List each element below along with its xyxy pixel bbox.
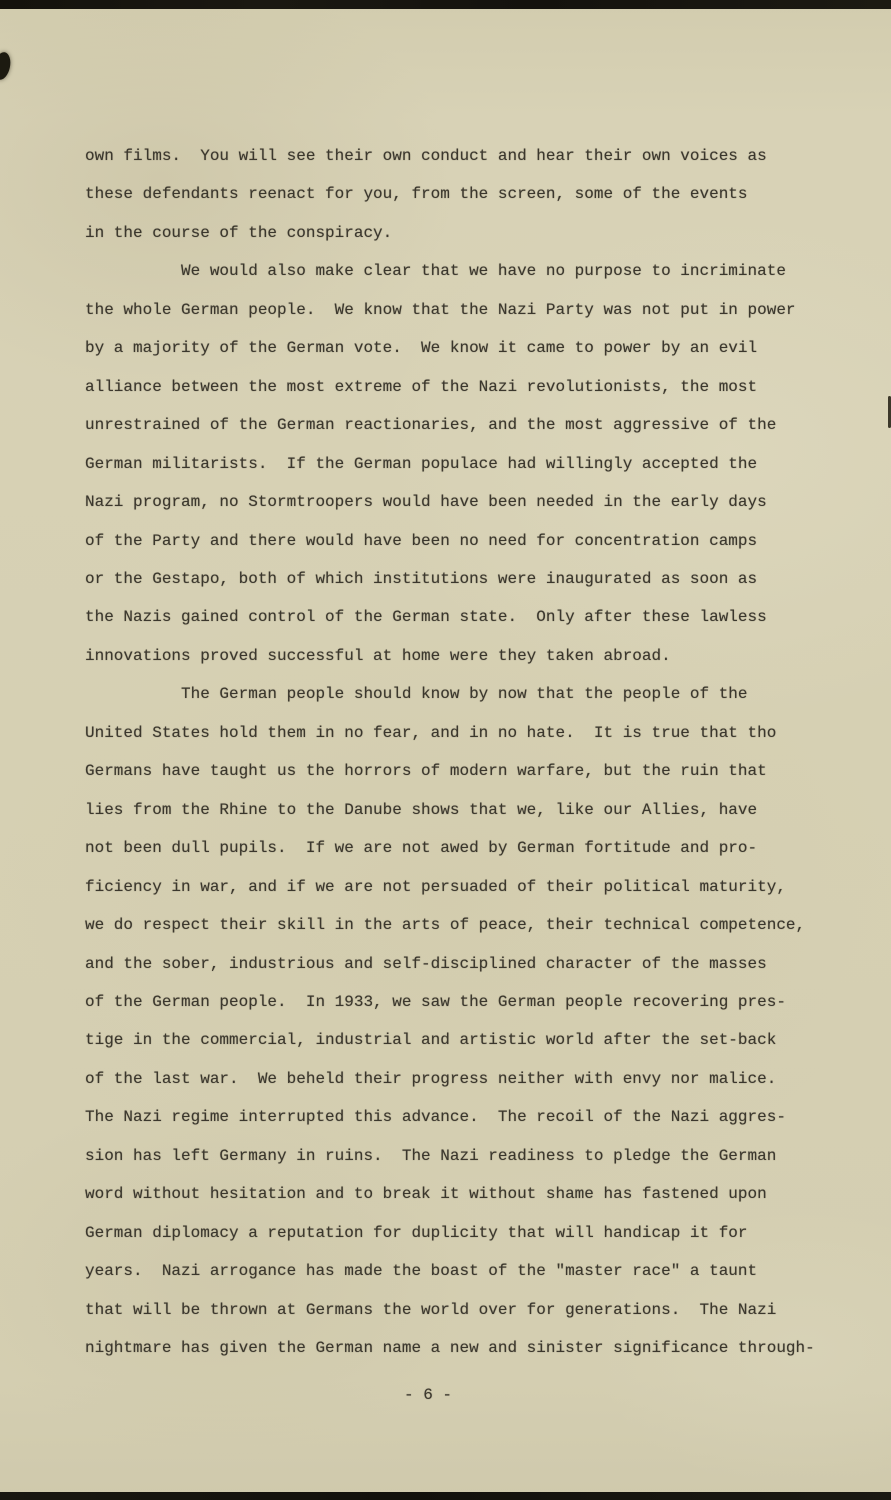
document-page: own films. You will see their own conduc… [0, 0, 891, 1500]
scan-edge-bottom [0, 1492, 891, 1500]
page-number: - 6 - [404, 1385, 452, 1405]
typewritten-text: own films. You will see their own conduc… [85, 137, 815, 1368]
left-edge-notch [0, 51, 13, 82]
scan-edge-top [0, 0, 891, 9]
